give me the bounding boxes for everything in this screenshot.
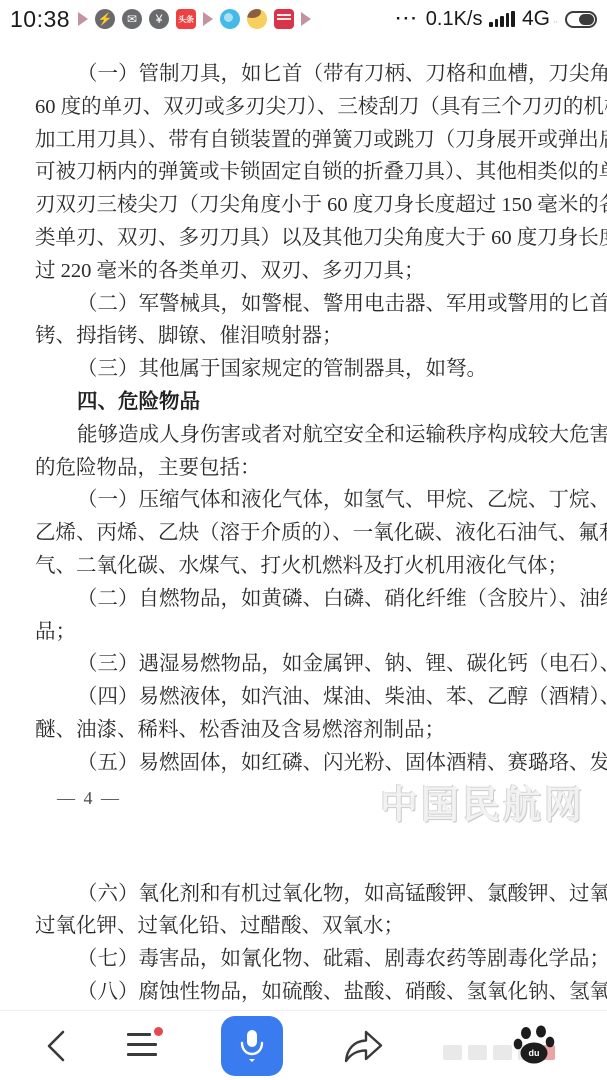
svg-text:du: du: [529, 1048, 540, 1058]
caac-watermark: 中国民航网: [380, 774, 585, 829]
browser-app-icon: [220, 9, 240, 29]
document-line: 刃双刃三棱尖刀（刀尖角度小于 60 度刀身长度超过 150 毫米的各: [35, 189, 577, 222]
back-chevron-icon: [44, 1029, 68, 1063]
document-line: （二）军警械具，如警棍、警用电击器、军用或警用的匕首、手: [35, 288, 577, 321]
red-app-icon: [274, 9, 294, 29]
document-line: （八）腐蚀性物品，如硫酸、盐酸、硝酸、氢氧化钠、氢氧化钾、汞: [35, 976, 577, 1009]
battery-icon: [565, 11, 597, 28]
document-viewer[interactable]: （一）管制刀具，如匕首（带有刀柄、刀格和血槽，刀尖角度小于60 度的单刃、双刃或…: [35, 58, 577, 1009]
document-line: （三）其他属于国家规定的管制器具，如弩。: [35, 353, 577, 386]
network-speed: 0.1K/s: [426, 8, 483, 31]
clock: 10:38: [10, 6, 70, 33]
signal-strength-icon: [489, 11, 515, 27]
notification-icons: ⚡ ✉ ¥ 头条: [78, 9, 396, 29]
share-button[interactable]: [342, 1028, 384, 1064]
document-line: （七）毒害品，如氰化物、砒霜、剧毒农药等剧毒化学品；: [35, 943, 577, 976]
document-line: （一）管制刀具，如匕首（带有刀柄、刀格和血槽，刀尖角度小于: [35, 58, 577, 91]
voice-search-button[interactable]: [221, 1016, 283, 1076]
document-line: （四）易燃液体，如汽油、煤油、柴油、苯、乙醇（酒精）、丙酮、乙: [35, 681, 577, 714]
chat-bubble-icon: ✉: [122, 9, 142, 29]
toutiao-app-icon: 头条: [176, 9, 196, 29]
page-footer: — 4 — 中国民航网: [35, 780, 577, 826]
document-line: 品；: [35, 616, 577, 649]
more-notifications-icon: ···: [396, 9, 419, 29]
status-bar: 10:38 ⚡ ✉ ¥ 头条 ··· 0.1K/s 4G ,,: [0, 0, 607, 38]
document-line: 60 度的单刃、双刃或多刃尖刀）、三棱刮刀（具有三个刀刃的机械: [35, 91, 577, 124]
document-line: 类单刃、双刃、多刃刀具）以及其他刀尖角度大于 60 度刀身长度超: [35, 222, 577, 255]
document-line: 气、二氧化碳、水煤气、打火机燃料及打火机用液化气体；: [35, 550, 577, 583]
play-triangle-icon: [301, 12, 311, 26]
document-page-5: （六）氧化剂和有机过氧化物，如高锰酸钾、氯酸钾、过氧化钠、过氧化钾、过氧化铅、过…: [35, 878, 577, 1009]
status-right: ··· 0.1K/s 4G ,,: [396, 7, 597, 31]
dual-sim-indicator: ,,: [553, 14, 558, 24]
microphone-icon: [239, 1028, 265, 1064]
menu-button[interactable]: [127, 1033, 161, 1059]
page-number: — 4 —: [57, 788, 121, 809]
document-line: 四、危险物品: [35, 386, 577, 419]
bottom-toolbar: du: [0, 1010, 607, 1080]
document-line: 可被刀柄内的弹簧或卡锁固定自锁的折叠刀具）、其他相类似的单: [35, 156, 577, 189]
play-triangle-icon: [203, 12, 213, 26]
document-line: 铐、拇指铐、脚镣、催泪喷射器；: [35, 320, 577, 353]
notification-badge: [154, 1027, 163, 1036]
play-triangle-icon: [78, 12, 88, 26]
document-page-4: （一）管制刀具，如匕首（带有刀柄、刀格和血槽，刀尖角度小于60 度的单刃、双刃或…: [35, 58, 577, 780]
back-button[interactable]: [44, 1029, 68, 1063]
avatar-app-icon: [247, 9, 267, 29]
document-line: （二）自燃物品，如黄磷、白磷、硝化纤维（含胶片）、油纸及其制: [35, 583, 577, 616]
document-line: （三）遇湿易燃物品，如金属钾、钠、锂、碳化钙（电石）、镁铝粉；: [35, 648, 577, 681]
document-line: 过 220 毫米的各类单刃、双刃、多刃刀具；: [35, 255, 577, 288]
share-forward-icon: [342, 1028, 384, 1064]
document-line: 乙烯、丙烯、乙炔（溶于介质的）、一氧化碳、液化石油气、氟利昂、氧: [35, 517, 577, 550]
document-line: 能够造成人身伤害或者对航空安全和运输秩序构成较大危害: [35, 419, 577, 452]
baidu-logo-area[interactable]: du: [443, 1023, 563, 1069]
document-line: （一）压缩气体和液化气体，如氢气、甲烷、乙烷、丁烷、天然气、: [35, 484, 577, 517]
hamburger-menu-icon: [127, 1033, 161, 1059]
document-line: 加工用刀具）、带有自锁装置的弹簧刀或跳刀（刀身展开或弹出后，: [35, 124, 577, 157]
document-line: 的危险物品，主要包括：: [35, 452, 577, 485]
document-line: 过氧化钾、过氧化铅、过醋酸、双氧水；: [35, 910, 577, 943]
baidu-paw-icon: du: [513, 1025, 557, 1067]
document-line: （六）氧化剂和有机过氧化物，如高锰酸钾、氯酸钾、过氧化钠、: [35, 878, 577, 911]
shield-bolt-icon: ⚡: [95, 9, 115, 29]
network-type: 4G: [522, 7, 550, 31]
yuan-wallet-icon: ¥: [149, 9, 169, 29]
document-line: 醚、油漆、稀料、松香油及含易燃溶剂制品；: [35, 714, 577, 747]
